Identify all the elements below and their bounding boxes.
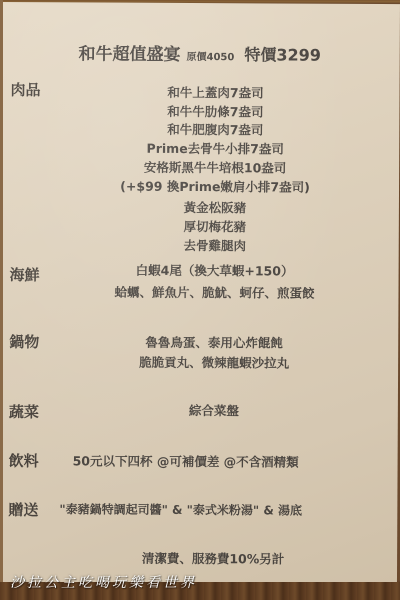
menu-item: 和牛牛肋條7盎司 (0, 101, 399, 121)
menu-item: 厚切梅花豬 (0, 216, 399, 236)
menu-item: "泰豬鍋特調起司醬" & "泰式米粉湯" & 湯底 (59, 500, 302, 518)
original-price: 原價4050 (186, 48, 234, 63)
category-complimentary: 贈送 (8, 499, 38, 520)
card-edge (0, 0, 3, 600)
menu-title: 和牛超值盛宴 (78, 39, 180, 65)
menu-item: 綜合菜盤 (0, 400, 398, 420)
menu-item: 去骨雞腿肉 (0, 235, 399, 255)
watermark: 沙拉公主吃喝玩樂看世界 (10, 572, 197, 592)
menu-header: 和牛超值盛宴 原價4050 特價3299 (0, 39, 400, 66)
service-fee-note: 清潔費、服務費10%另計 (0, 548, 397, 568)
menu-item: Prime去骨牛小排7盎司 (0, 138, 399, 158)
menu-item: 安格斯黑牛牛培根10盎司 (0, 157, 399, 177)
menu-item: 50元以下四杯 @可補價差 @不含酒精類 (73, 451, 299, 470)
menu-item: 魯魯鳥蛋、泰用心炸餛飩 (0, 332, 398, 352)
menu-item: 和牛肥腹肉7盎司 (0, 119, 399, 139)
menu-card: 和牛超值盛宴 原價4050 特價3299 肉品 和牛上蓋肉7盎司 和牛牛肋條7盎… (0, 2, 400, 586)
menu-item: 蛤蠣、鮮魚片、脆魷、蚵仔、煎蛋餃 (0, 282, 399, 302)
category-drinks: 飲料 (9, 450, 39, 471)
menu-item: 脆脆貢丸、微辣龍蝦沙拉丸 (0, 352, 398, 372)
special-price: 特價3299 (244, 42, 321, 65)
menu-item: 黃金松阪豬 (0, 197, 399, 217)
menu-item-upgrade: (+$99 換Prime嫩肩小排7盎司) (0, 176, 399, 196)
menu-item: 白蝦4尾（換大草蝦+150） (0, 260, 399, 280)
menu-item: 和牛上蓋肉7盎司 (0, 82, 400, 102)
menu-photo: 和牛超值盛宴 原價4050 特價3299 肉品 和牛上蓋肉7盎司 和牛牛肋條7盎… (0, 0, 400, 600)
